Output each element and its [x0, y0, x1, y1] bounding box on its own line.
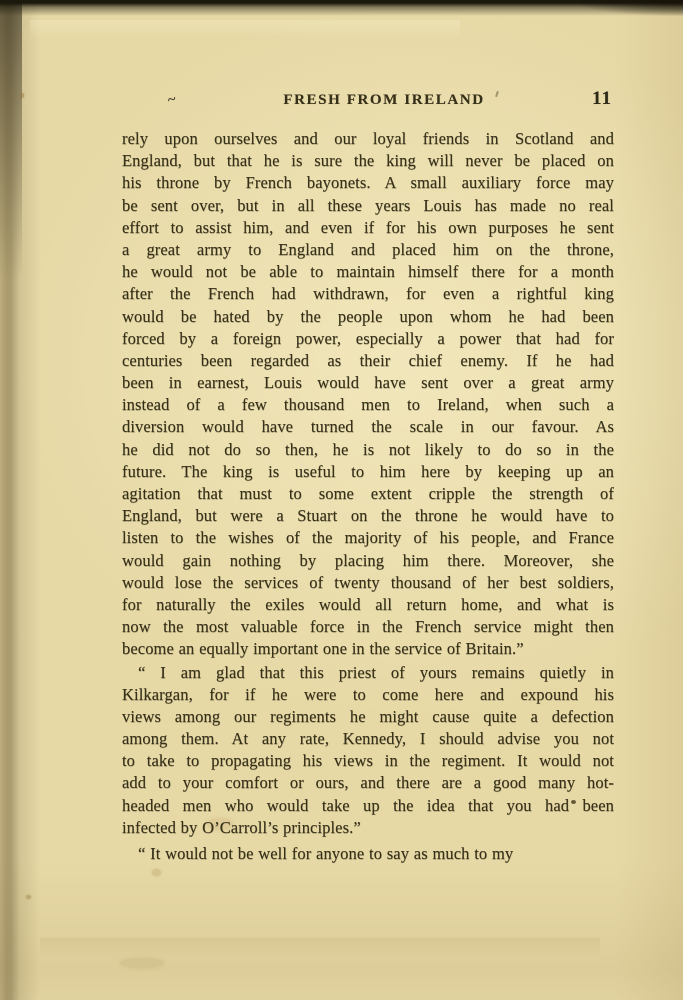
- text-line: a great army to England and placed him o…: [122, 239, 614, 261]
- text-line: among them. At any rate, Kennedy, I shou…: [122, 728, 614, 750]
- text-line: his throne by French bayonets. A small a…: [122, 172, 614, 194]
- paragraph: rely upon ourselves and our loyal friend…: [122, 128, 614, 661]
- text-line: Kilkargan, for if he were to come here a…: [122, 684, 614, 706]
- text-line: rely upon ourselves and our loyal friend…: [122, 128, 614, 150]
- text-line: “ It would not be well for anyone to say…: [122, 843, 614, 865]
- text-line: effort to assist him, and even if for hi…: [122, 217, 614, 239]
- scan-light-streak: [30, 20, 460, 38]
- text-line: views among our regiments he might cause…: [122, 706, 614, 728]
- text-line: “ I am glad that this priest of yours re…: [122, 662, 614, 684]
- scan-shade-streak: [40, 938, 600, 960]
- page-content: ~ FRESH FROM IRELAND 11 rely upon oursel…: [122, 90, 614, 865]
- ink-tick: [495, 91, 499, 97]
- text-line: add to your comfort or ours, and there a…: [122, 772, 614, 794]
- text-line: would be hated by the people upon whom h…: [122, 306, 614, 328]
- text-line: now the most valuable force in the Frenc…: [122, 616, 614, 638]
- running-title: FRESH FROM IRELAND: [283, 92, 484, 109]
- text-line: diversion would have turned the scale in…: [122, 416, 614, 438]
- paper-speck: [20, 93, 24, 98]
- text-line: centuries been regarded as their chief e…: [122, 350, 614, 372]
- text-line: instead of a few thousand men to Ireland…: [122, 394, 614, 416]
- text-line: be sent over, but in all these years Lou…: [122, 195, 614, 217]
- page-top-right-shadow: [533, 0, 683, 22]
- paper-stain: [120, 958, 164, 968]
- text-line: become an equally important one in the s…: [122, 638, 614, 660]
- running-header: ~ FRESH FROM IRELAND 11: [122, 90, 614, 112]
- text-line: infected by O’Carroll’s principles.”: [122, 817, 614, 839]
- text-line: agitation that must to some extent cripp…: [122, 483, 614, 505]
- pen-mark: ~: [166, 91, 177, 109]
- text-line: to take to propagating his views in the …: [122, 750, 614, 772]
- paper-speck: [11, 137, 14, 140]
- text-line: would lose the services of twenty thousa…: [122, 572, 614, 594]
- paragraph: “ I am glad that this priest of yours re…: [122, 662, 614, 840]
- text-line: after the French had withdrawn, for even…: [122, 283, 614, 305]
- text-line: future. The king is useful to him here b…: [122, 461, 614, 483]
- paragraph: “ It would not be well for anyone to say…: [122, 843, 614, 865]
- text-line: he did not do so then, he is not likely …: [122, 439, 614, 461]
- text-line: listen to the wishes of the majority of …: [122, 527, 614, 549]
- text-line: been in earnest, Louis would have sent o…: [122, 372, 614, 394]
- page-number: 11: [592, 88, 612, 110]
- text-line: for naturally the exiles would all retur…: [122, 594, 614, 616]
- text-line: forced by a foreign power, especially a …: [122, 328, 614, 350]
- text-line: would gain nothing by placing him there.…: [122, 550, 614, 572]
- body-text: rely upon ourselves and our loyal friend…: [122, 128, 614, 865]
- text-line: he would not be able to maintain himself…: [122, 261, 614, 283]
- book-page-scan: ~ FRESH FROM IRELAND 11 rely upon oursel…: [0, 0, 683, 1000]
- text-line: England, but that he is sure the king wi…: [122, 150, 614, 172]
- paper-speck: [26, 895, 31, 899]
- page-left-crease-shadow: [0, 0, 22, 280]
- paper-speck: [152, 869, 161, 876]
- text-line: headed men who would take up the idea th…: [122, 795, 614, 817]
- text-line: England, but were a Stuart on the throne…: [122, 505, 614, 527]
